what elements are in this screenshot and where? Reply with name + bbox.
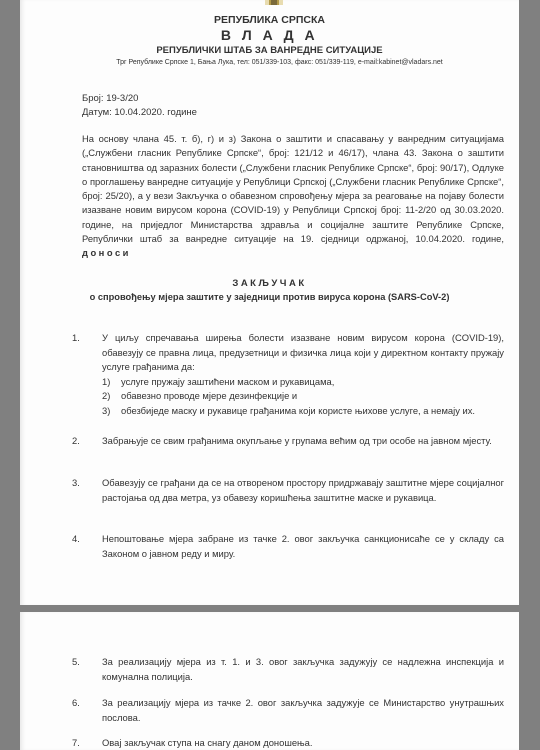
preamble-verb: доноси	[82, 247, 131, 258]
sub-item-text: обезбиједе маску и рукавице грађанима ко…	[121, 405, 475, 416]
item-text: У циљу спречавања ширења болести изазван…	[102, 331, 504, 375]
header-address: Трг Републике Српске 1, Бања Лука, тел: …	[30, 59, 529, 66]
header-staff: РЕПУБЛИЧКИ ШТАБ ЗА ВАНРЕДНЕ СИТУАЦИЈЕ	[20, 45, 519, 56]
item-text: Овај закључак ступа на снагу даном донош…	[102, 736, 504, 750]
sub-item-text: услуге пружају заштићени маском и рукави…	[121, 376, 334, 387]
header-government: В Л А Д А	[20, 27, 519, 43]
item-text: За реализацију мјера из т. 1. и 3. овог …	[102, 655, 504, 684]
list-item: 7. Овај закључак ступа на снагу даном до…	[72, 736, 504, 750]
sub-item-number: 3)	[102, 404, 110, 419]
document-number: Број: 19-3/20	[82, 93, 138, 104]
conclusion-subtitle: о спровођењу мјера заштите у заједници п…	[20, 292, 519, 302]
sub-item-number: 2)	[102, 389, 110, 404]
sub-item: 3)обезбиједе маску и рукавице грађанима …	[102, 404, 504, 419]
sub-item: 2)обавезно проводе мјере дезинфекције и	[102, 389, 504, 404]
item-text: Обавезују се грађани да се на отвореном …	[102, 476, 504, 505]
item-number: 7.	[72, 736, 80, 750]
item-text: Непоштовање мјера забране из тачке 2. ов…	[102, 532, 504, 561]
item-number: 2.	[72, 434, 80, 449]
header-republic: РЕПУБЛИКА СРПСКА	[20, 14, 519, 26]
item-number: 6.	[72, 696, 80, 711]
conclusion-title: ЗАКЉУЧАК	[20, 278, 519, 289]
item-text: За реализацију мјера из тачке 2. овог за…	[102, 696, 504, 725]
item-number: 1.	[72, 331, 80, 346]
list-item: 4. Непоштовање мјера забране из тачке 2.…	[72, 532, 504, 561]
list-item: 2. Забрањује се свим грађанима окупљање …	[72, 434, 504, 449]
item-number: 3.	[72, 476, 80, 491]
item-number: 5.	[72, 655, 80, 670]
item-number: 4.	[72, 532, 80, 547]
list-item: 6. За реализацију мјера из тачке 2. овог…	[72, 696, 504, 725]
document-date: Датум: 10.04.2020. године	[82, 107, 197, 118]
sub-item: 1)услуге пружају заштићени маском и рука…	[102, 375, 504, 390]
item-text: Забрањује се свим грађанима окупљање у г…	[102, 434, 504, 449]
coat-of-arms-icon	[263, 0, 285, 8]
list-item: 5. За реализацију мјера из т. 1. и 3. ов…	[72, 655, 504, 684]
sub-item-text: обавезно проводе мјере дезинфекције и	[121, 390, 297, 401]
list-item: 1. У циљу спречавања ширења болести изаз…	[72, 331, 504, 418]
preamble-text: На основу члана 45. т. б), г) и з) Закон…	[82, 133, 504, 244]
preamble: На основу члана 45. т. б), г) и з) Закон…	[82, 132, 504, 261]
sub-item-number: 1)	[102, 375, 110, 390]
list-item: 3. Обавезују се грађани да се на отворен…	[72, 476, 504, 505]
document-page-1: РЕПУБЛИКА СРПСКА В Л А Д А РЕПУБЛИЧКИ ШТ…	[20, 0, 519, 605]
document-page-2: 5. За реализацију мјера из т. 1. и 3. ов…	[20, 612, 519, 750]
